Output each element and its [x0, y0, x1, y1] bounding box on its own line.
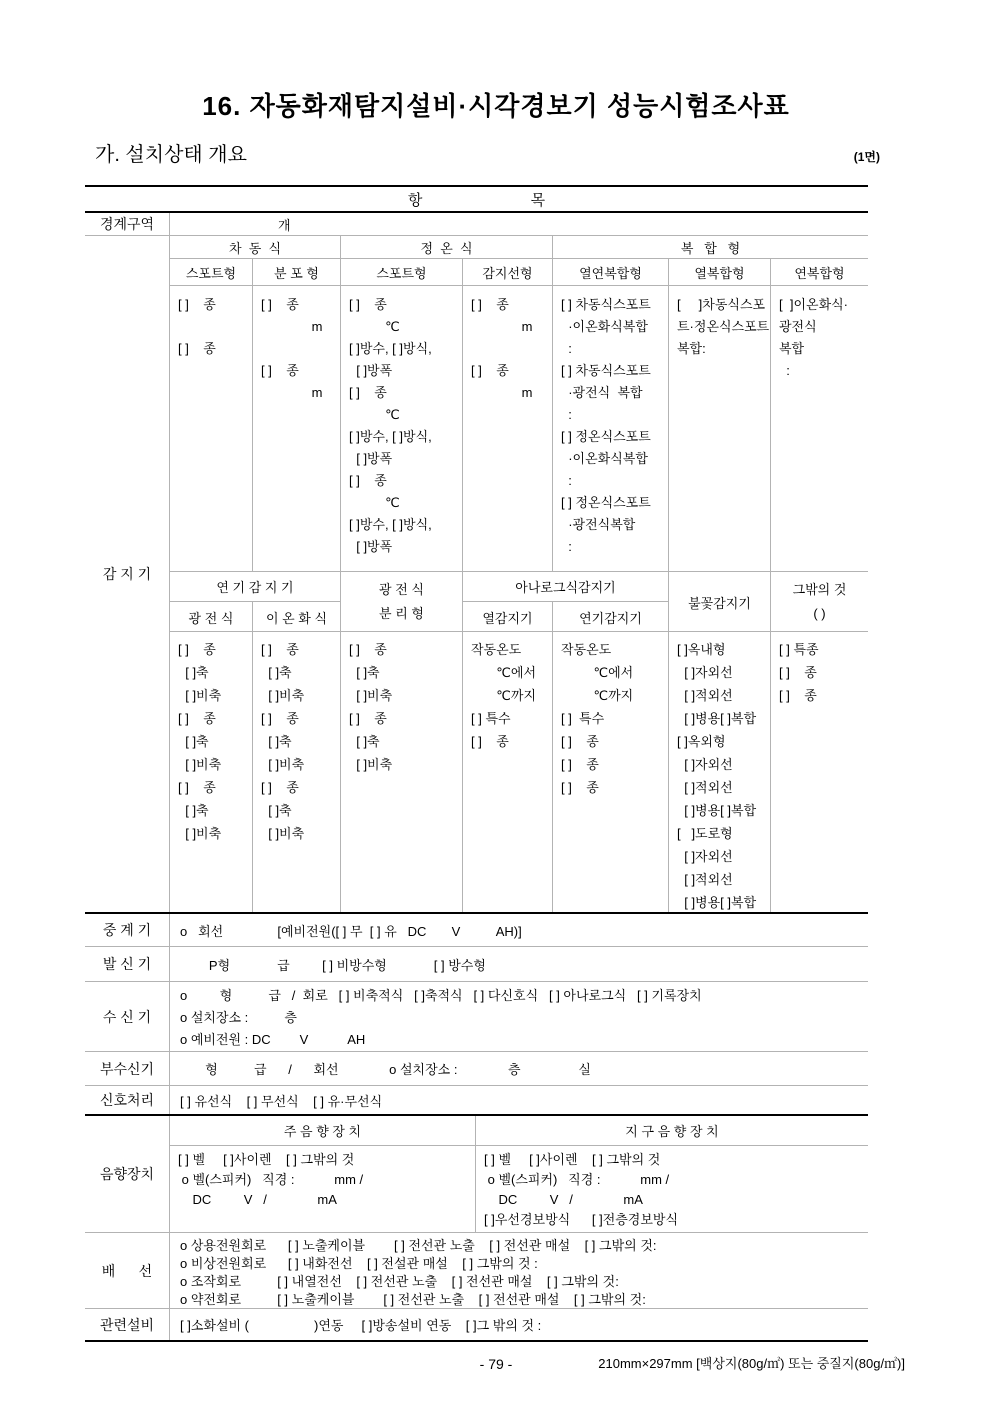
footer-paper-spec: 210mm×297mm [백상지(80g/㎡) 또는 중질지(80g/㎡)]: [598, 1353, 905, 1372]
cell-smoke-combo: [ ]이온화식· 광전식 복합 :: [770, 286, 868, 571]
row-related-equipment: 관련설비 [ ]소화설비 ( )연동 [ ]방송설비 연동 [ ]그 밖의 것 …: [85, 1309, 868, 1342]
col-line-type: 감지선형: [462, 259, 552, 285]
detector-top-columns: 스포트형 분 포 형 스포트형 감지선형 열연복합형 열복합형 연복합형: [170, 259, 868, 286]
row-label-sound-device: 음향장치: [85, 1116, 170, 1232]
cell-zone-sound: [ ] 벨 [ ]사이렌 [ ] 그밖의 것 o 벨(스피커) 직경 : mm …: [475, 1146, 868, 1232]
cell-photoelectric: [ ] 종 [ ]축 [ ]비축 [ ] 종 [ ]축 [ ]비축 [ ] 종 …: [170, 632, 252, 912]
boundary-zone-value: 개: [170, 213, 868, 235]
detector-mid-header: 연 기 감 지 기 광 전 식 이 온 화 식 광 전 식 분 리 형 아나로그…: [170, 572, 868, 632]
table-header-items: 항 목: [85, 187, 868, 213]
cell-fixed-spot: [ ] 종 ℃ [ ]방수, [ ]방식, [ ]방폭 [ ] 종 ℃ [ ]방…: [340, 286, 462, 571]
cell-beam-type: [ ] 종 [ ]축 [ ]비축 [ ] 종 [ ]축 [ ]비축: [340, 632, 462, 912]
row-receiver: 수 신 기 o 형 급 / 회로 [ ] 비축적식 [ ]축적식 [ ] 다신호…: [85, 982, 868, 1052]
sound-device-body: [ ] 벨 [ ]사이렌 [ ] 그밖의 것 o 벨(스피커) 직경 : mm …: [170, 1146, 868, 1232]
cell-ionization: [ ] 종 [ ]축 [ ]비축 [ ] 종 [ ]축 [ ]비축 [ ] 종 …: [252, 632, 340, 912]
col-photoelectric: 광 전 식: [170, 602, 252, 632]
cell-other-detector: [ ] 특종 [ ] 종 [ ] 종: [770, 632, 868, 912]
col-smoke-combo: 연복합형: [770, 259, 868, 285]
header-main-sound: 주 음 향 장 치: [170, 1116, 475, 1145]
row-boundary-zone: 경계구역 개: [85, 213, 868, 236]
detector-mid-content: [ ] 종 [ ]축 [ ]비축 [ ] 종 [ ]축 [ ]비축 [ ] 종 …: [170, 632, 868, 912]
col-diff-spot: 스포트형: [170, 259, 252, 285]
receiver-value: o 형 급 / 회로 [ ] 비축적식 [ ]축적식 [ ] 다신호식 [ ] …: [170, 982, 868, 1051]
col-analog-heat: 열감지기: [462, 602, 552, 632]
sub-receiver-value: 형 급 / 회선 o 설치장소 : 층 실: [170, 1052, 868, 1085]
row-label-boundary-zone: 경계구역: [85, 213, 170, 235]
row-label-detector: 감 지 기: [85, 236, 170, 912]
cell-diff-distributed: [ ] 종 m [ ] 종 m: [252, 286, 340, 571]
col-analog-smoke: 연기감지기: [552, 602, 668, 632]
repeater-value: o 회선 [예비전원([ ] 무 [ ] 유 DC V AH)]: [170, 914, 868, 946]
detector-top-content: [ ] 종 [ ] 종 [ ] 종 m [ ] 종 m [ ] 종 ℃ [ ]방…: [170, 286, 868, 572]
group-combined: 복 합 형: [552, 236, 868, 258]
detector-top-groups: 차 동 식 정 온 식 복 합 형: [170, 236, 868, 259]
row-transmitter: 발 신 기 P형 급 [ ] 비방수형 [ ] 방수형: [85, 947, 868, 982]
col-ionization: 이 온 화 식: [252, 602, 340, 632]
row-sound-device: 음향장치 주 음 향 장 치 지 구 음 향 장 치 [ ] 벨 [ ]사이렌 …: [85, 1116, 868, 1233]
row-label-signal-processing: 신호처리: [85, 1086, 170, 1114]
group-analog-detector: 아나로그식감지기: [462, 572, 668, 602]
cell-analog-heat: 작동온도 ℃에서 ℃까지 [ ] 특수 [ ] 종: [462, 632, 552, 912]
cell-main-sound: [ ] 벨 [ ]사이렌 [ ] 그밖의 것 o 벨(스피커) 직경 : mm …: [170, 1146, 475, 1232]
header-zone-sound: 지 구 음 향 장 치: [475, 1116, 868, 1145]
document-page: 16. 자동화재탐지설비·시각경보기 성능시험조사표 가. 설치상태 개요 (1…: [0, 0, 992, 1403]
page-marker: (1면): [854, 148, 880, 165]
transmitter-value: P형 급 [ ] 비방수형 [ ] 방수형: [170, 947, 868, 981]
group-differential: 차 동 식: [170, 236, 340, 258]
cell-heat-smoke-combo: [ ] 차동식스포트 ·이온화식복합 : [ ] 차동식스포트 ·광전식 복합 …: [552, 286, 668, 571]
related-equipment-value: [ ]소화설비 ( )연동 [ ]방송설비 연동 [ ]그 밖의 것 :: [170, 1309, 868, 1340]
cell-diff-spot: [ ] 종 [ ] 종: [170, 286, 252, 571]
col-diff-distributed: 분 포 형: [252, 259, 340, 285]
survey-table: 항 목 경계구역 개 감 지 기 차 동 식 정 온 식 복 합 형 스포트형: [85, 185, 868, 1342]
cell-heat-combo: [ ]차동식스포 트·정온식스포트 복합:: [668, 286, 770, 571]
group-fixed-temp: 정 온 식: [340, 236, 552, 258]
col-beam-type: 광 전 식 분 리 형: [340, 572, 462, 632]
row-sub-receiver: 부수신기 형 급 / 회선 o 설치장소 : 층 실: [85, 1052, 868, 1086]
row-label-transmitter: 발 신 기: [85, 947, 170, 981]
form-title: 16. 자동화재탐지설비·시각경보기 성능시험조사표: [0, 86, 992, 123]
sound-device-header: 주 음 향 장 치 지 구 음 향 장 치: [170, 1116, 868, 1146]
col-heat-combo: 열복합형: [668, 259, 770, 285]
row-label-repeater: 중 계 기: [85, 914, 170, 946]
section-heading: 가. 설치상태 개요: [95, 138, 247, 167]
detector-stack: 차 동 식 정 온 식 복 합 형 스포트형 분 포 형 스포트형 감지선형 열…: [170, 236, 868, 912]
row-repeater: 중 계 기 o 회선 [예비전원([ ] 무 [ ] 유 DC V AH)]: [85, 914, 868, 947]
cell-flame-detector: [ ]옥내형 [ ]자외선 [ ]적외선 [ ]병용[ ]복합 [ ]옥외형 […: [668, 632, 770, 912]
row-label-receiver: 수 신 기: [85, 982, 170, 1051]
group-smoke-detector: 연 기 감 지 기: [170, 572, 340, 602]
cell-analog-smoke: 작동온도 ℃에서 ℃까지 [ ] 특수 [ ] 종 [ ] 종 [ ] 종: [552, 632, 668, 912]
row-label-related-equipment: 관련설비: [85, 1309, 170, 1340]
col-heat-smoke-combo: 열연복합형: [552, 259, 668, 285]
col-other-detector: 그밖의 것 ( ): [770, 572, 868, 632]
row-label-sub-receiver: 부수신기: [85, 1052, 170, 1085]
footer-page-number: - 79 -: [446, 1356, 546, 1372]
sound-device-stack: 주 음 향 장 치 지 구 음 향 장 치 [ ] 벨 [ ]사이렌 [ ] 그…: [170, 1116, 868, 1232]
row-detector: 감 지 기 차 동 식 정 온 식 복 합 형 스포트형 분 포 형 스포트형 …: [85, 236, 868, 914]
row-signal-processing: 신호처리 [ ] 유선식 [ ] 무선식 [ ] 유·무선식: [85, 1086, 868, 1116]
signal-processing-value: [ ] 유선식 [ ] 무선식 [ ] 유·무선식: [170, 1086, 868, 1114]
row-wiring: 배 선 o 상용전원회로 [ ] 노출케이블 [ ] 전선관 노출 [ ] 전선…: [85, 1233, 868, 1309]
row-label-wiring: 배 선: [85, 1233, 170, 1308]
col-fixed-spot: 스포트형: [340, 259, 462, 285]
wiring-value: o 상용전원회로 [ ] 노출케이블 [ ] 전선관 노출 [ ] 전선관 매설…: [170, 1233, 868, 1308]
col-flame-detector: 불꽃감지기: [668, 572, 770, 632]
cell-line-type: [ ] 종 m [ ] 종 m: [462, 286, 552, 571]
